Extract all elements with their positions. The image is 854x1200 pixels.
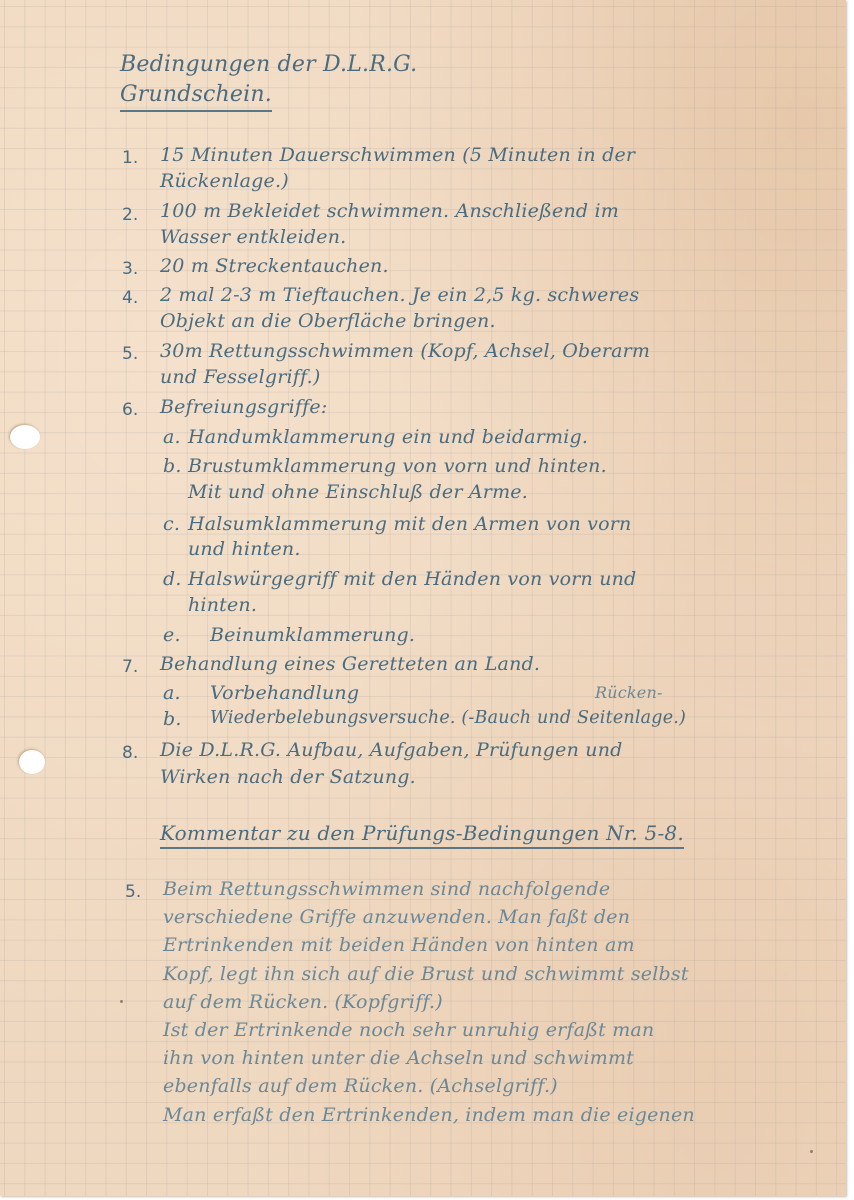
- item-text: Objekt an die Oberfläche bringen.: [160, 312, 496, 331]
- document-title: Bedingungen der D.L.R.G.: [120, 54, 417, 76]
- item-number: 4.: [122, 288, 138, 308]
- item-text: 2 mal 2-3 m Tieftauchen. Je ein 2,5 kg. …: [160, 286, 639, 305]
- item-text: 30m Rettungsschwimmen (Kopf, Achsel, Obe…: [160, 342, 650, 361]
- commentary-line: ebenfalls auf dem Rücken. (Achselgriff.): [163, 1077, 558, 1096]
- commentary-line: Ertrinkenden mit beiden Händen von hinte…: [163, 936, 635, 955]
- sub-item-text: und hinten.: [188, 540, 301, 559]
- item-text: Die D.L.R.G. Aufbau, Aufgaben, Prüfungen…: [160, 741, 623, 760]
- sub-item-text: Beinumklammerung.: [210, 626, 415, 645]
- commentary-line: Ist der Ertrinkende noch sehr unruhig er…: [163, 1021, 654, 1040]
- sub-letter: d.: [163, 570, 182, 589]
- punch-hole-bottom: [19, 750, 45, 774]
- sub-item-text: Brustumklammerung von vorn und hinten.: [188, 457, 607, 476]
- item-text: Behandlung eines Geretteten an Land.: [160, 655, 540, 674]
- sub-item-text: Halswürgegriff mit den Händen von vorn u…: [188, 570, 636, 589]
- item-text: Wasser entkleiden.: [160, 228, 346, 247]
- sub-letter: a.: [163, 684, 181, 703]
- sub-item-text: Mit und ohne Einschluß der Arme.: [188, 483, 528, 502]
- commentary-line: ihn von hinten unter die Achseln und sch…: [163, 1049, 634, 1068]
- sub-item-text: Halsumklammerung mit den Armen von vorn: [188, 515, 631, 534]
- sub-item-text: Handumklammerung ein und beidarmig.: [188, 428, 588, 447]
- item-number: 6.: [122, 400, 138, 420]
- sub-item-text: hinten.: [188, 596, 257, 615]
- sub-letter: b.: [163, 710, 182, 729]
- item-text: 20 m Streckentauchen.: [160, 257, 389, 276]
- item-text: Rückenlage.): [160, 172, 289, 191]
- sub-letter: a.: [163, 428, 181, 447]
- item-number: 3.: [122, 259, 138, 279]
- commentary-line: auf dem Rücken. (Kopfgriff.): [163, 993, 443, 1012]
- commentary-line: Kopf, legt ihn sich auf die Brust und sc…: [163, 965, 689, 984]
- punch-hole-top: [10, 425, 40, 449]
- commentary-line: verschiedene Griffe anzuwenden. Man faßt…: [163, 908, 630, 927]
- document-subtitle: Grundschein.: [120, 84, 272, 112]
- insertion-note: Rücken-: [595, 685, 663, 701]
- sub-letter: e.: [163, 626, 181, 645]
- item-text: 15 Minuten Dauerschwimmen (5 Minuten in …: [160, 146, 635, 165]
- commentary-number: 5.: [125, 882, 141, 902]
- commentary-line: Beim Rettungsschwimmen sind nachfolgende: [163, 880, 610, 899]
- sub-letter: b.: [163, 457, 182, 476]
- notebook-page: Bedingungen der D.L.R.G. Grundschein. 1.…: [0, 0, 846, 1196]
- commentary-line: Man erfaßt den Ertrinkenden, indem man d…: [163, 1106, 695, 1125]
- item-number: 7.: [122, 657, 138, 677]
- ink-speck: [120, 1000, 123, 1003]
- item-text: Befreiungsgriffe:: [160, 398, 327, 417]
- section-heading: Kommentar zu den Prüfungs-Bedingungen Nr…: [160, 823, 684, 849]
- item-text: 100 m Bekleidet schwimmen. Anschließend …: [160, 202, 619, 221]
- sub-item-text: Wiederbelebungsversuche. (-Bauch und Sei…: [210, 710, 686, 728]
- item-number: 1.: [122, 148, 138, 168]
- sub-letter: c.: [163, 515, 180, 534]
- ink-speck: [810, 1150, 813, 1153]
- sub-item-text: Vorbehandlung: [210, 684, 359, 703]
- item-number: 8.: [122, 743, 138, 763]
- item-number: 5.: [122, 344, 138, 364]
- item-text: Wirken nach der Satzung.: [160, 768, 416, 787]
- item-text: und Fesselgriff.): [160, 368, 320, 387]
- item-number: 2.: [122, 205, 138, 225]
